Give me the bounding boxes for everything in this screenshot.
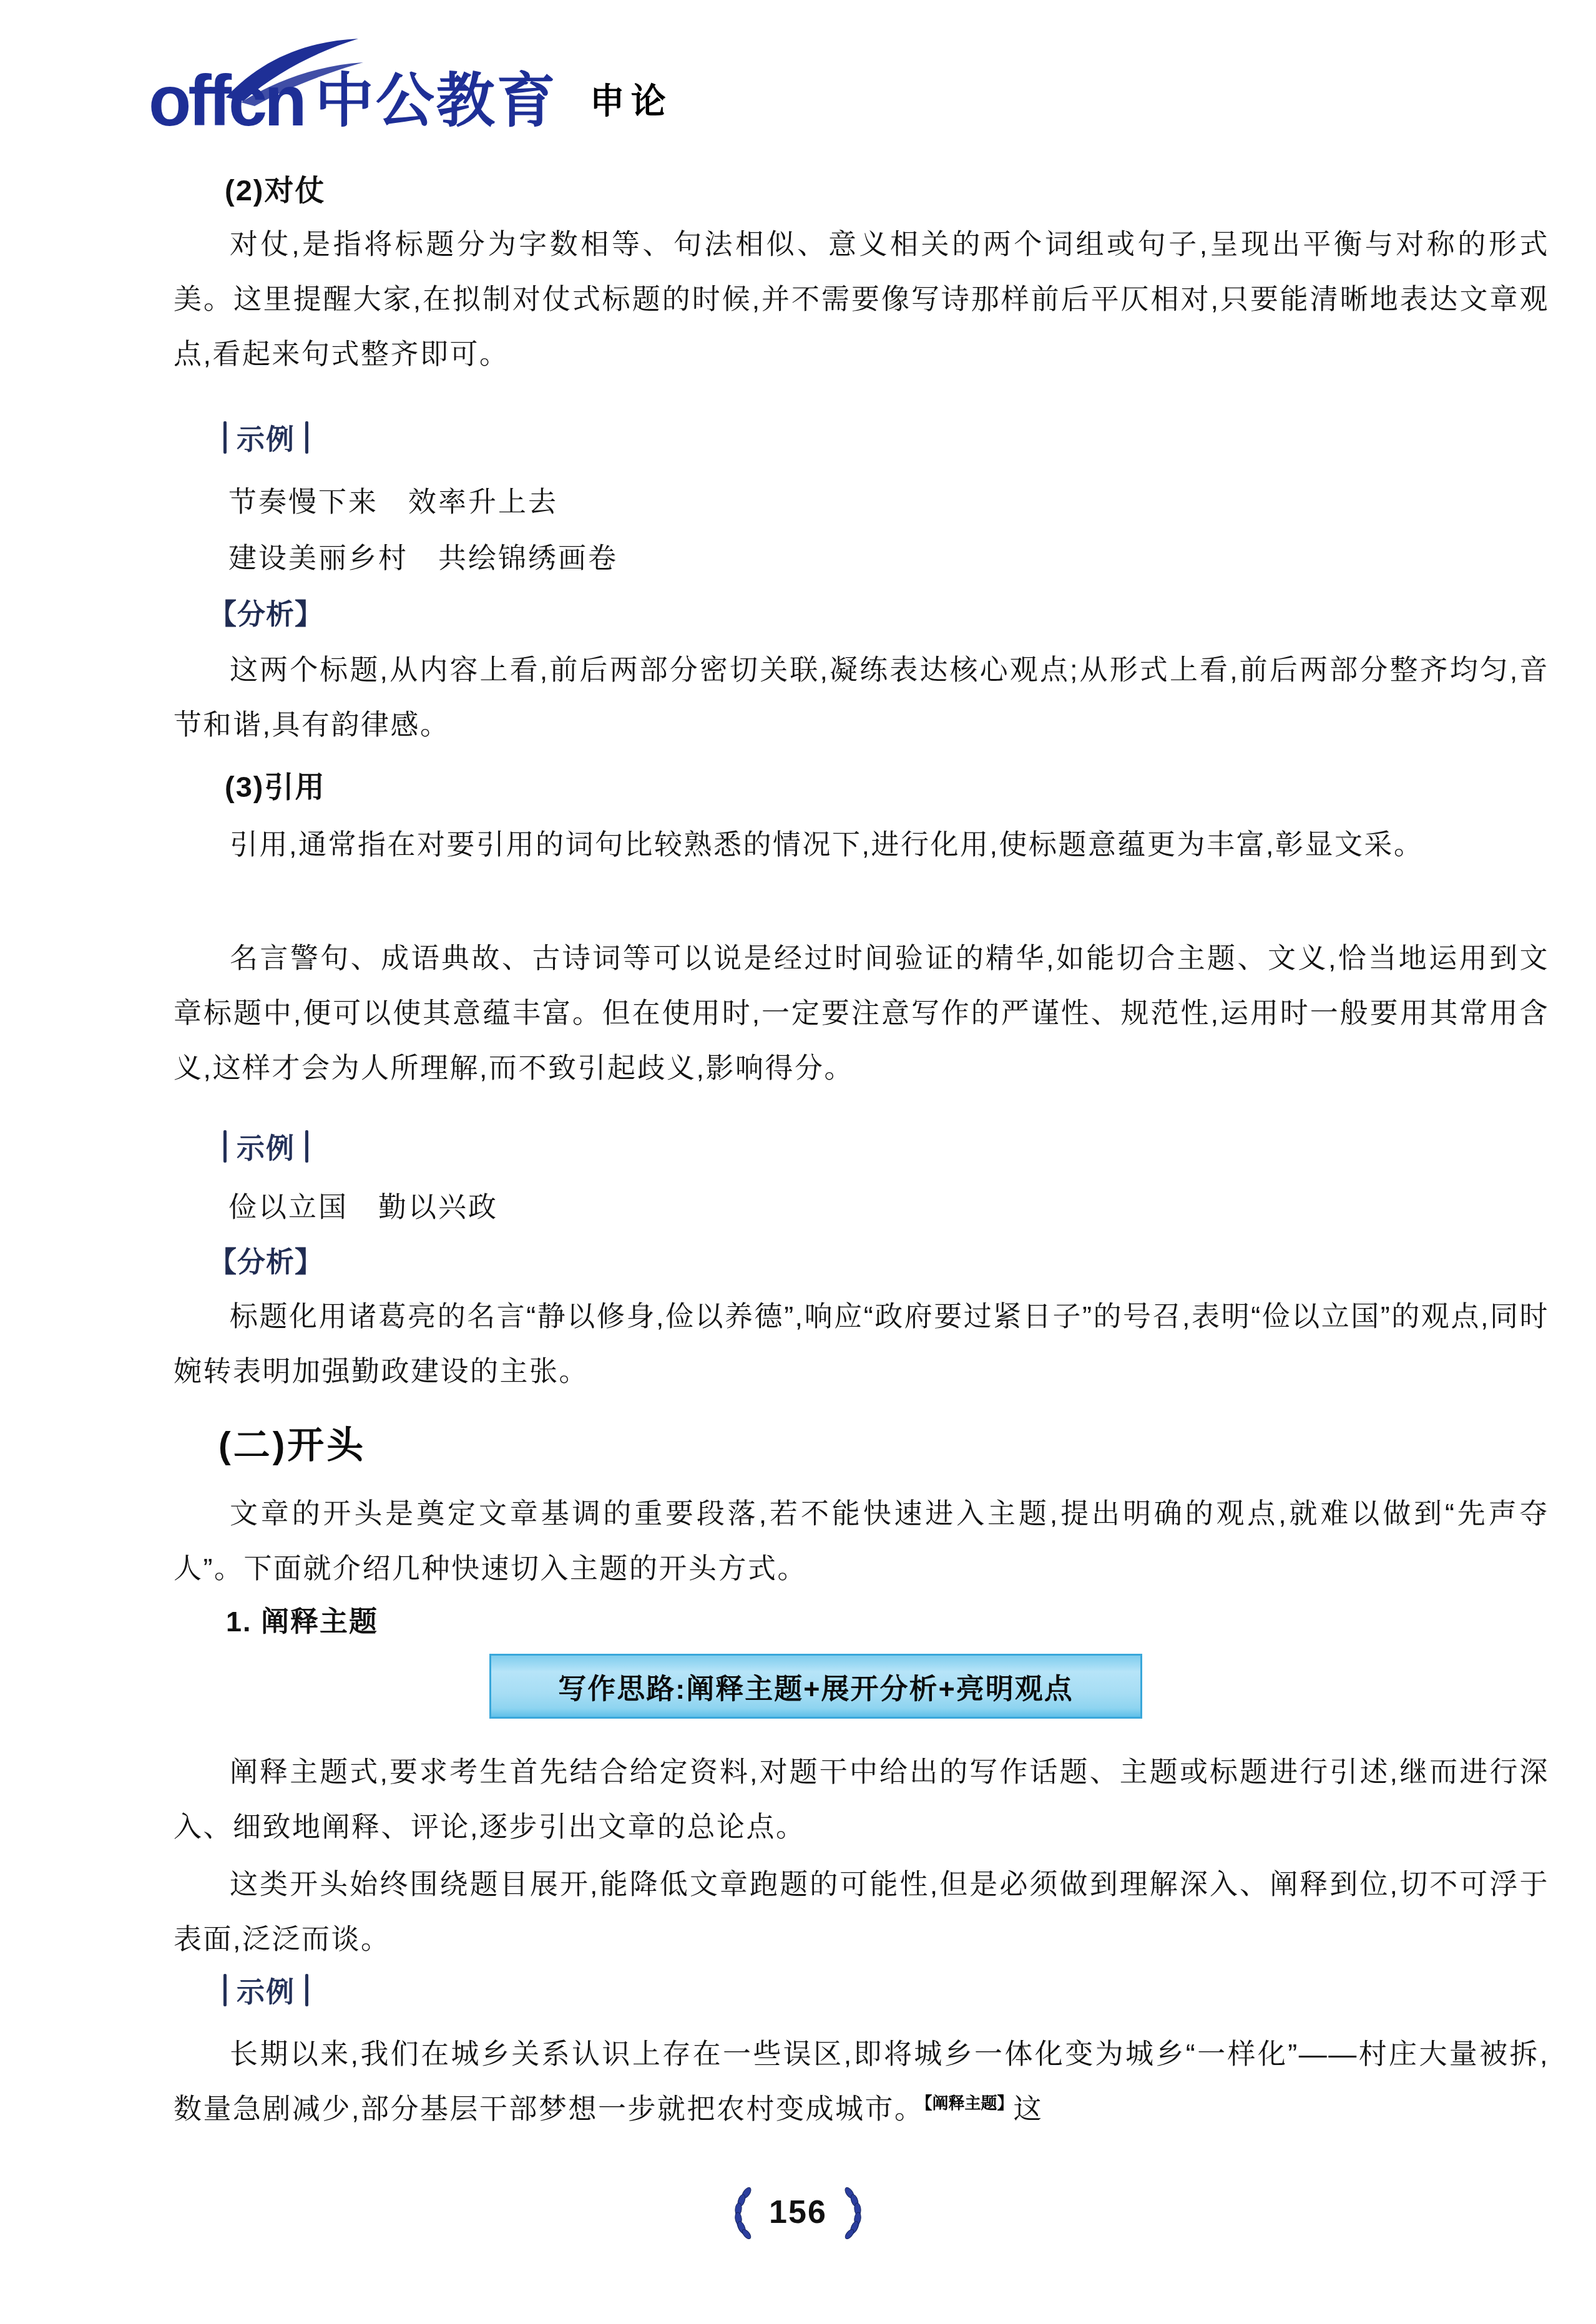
heading-yinyong: (3)引用 (225, 764, 325, 806)
analysis-marker-1: 【分析】 (208, 592, 323, 632)
example-marker-1: 示例 (223, 417, 308, 457)
para-yinyong-1: 引用,通常指在对要引用的词句比较熟悉的情况下,进行化用,使标题意蕴更为丰富,彰显… (174, 818, 1549, 872)
example-marker-label: 示例 (237, 1970, 295, 2010)
para-chanshi-2: 这类开头始终围绕题目展开,能降低文章跑题的可能性,但是必须做到理解深入、阐释到位… (174, 1857, 1549, 1967)
subject-label: 申论 (590, 84, 672, 119)
para-chanshi-1: 阐释主题式,要求考生首先结合给定资料,对题干中给出的写作话题、主题或标题进行引述… (174, 1745, 1549, 1855)
example-opening-tail: 这 (1014, 2093, 1044, 2125)
book-page: offcn 中公教育 申论 (2)对仗 对仗,是指将标题分为字数相等、句法相似、… (0, 0, 1596, 2324)
marker-bar-icon (223, 1974, 227, 2006)
marker-bar-icon (305, 421, 308, 454)
marker-bar-icon (305, 1130, 308, 1163)
laurel-left-icon (728, 2185, 753, 2239)
swoosh-icon (222, 37, 409, 106)
example-title-line: 俭以立国 勤以兴政 (228, 1184, 498, 1225)
para-yinyong-2: 名言警句、成语典故、古诗词等可以说是经过时间验证的精华,如能切合主题、文义,恰当… (174, 931, 1549, 1096)
analysis-marker-2: 【分析】 (208, 1239, 323, 1280)
marker-bar-icon (223, 421, 227, 454)
heading-chanshi-zhuti: 1. 阐释主题 (226, 1599, 378, 1639)
example-marker-label: 示例 (237, 417, 295, 457)
example-marker-3: 示例 (223, 1970, 308, 2010)
para-kaitou: 文章的开头是奠定文章基调的重要段落,若不能快速进入主题,提出明确的观点,就难以做… (174, 1487, 1549, 1596)
brand-logo: offcn 中公教育 申论 (149, 57, 672, 145)
marker-bar-icon (305, 1974, 308, 2006)
annotation-tag: 【阐释主题】 (924, 2094, 1014, 2112)
example-title-line: 节奏慢下来 效率升上去 (228, 479, 558, 520)
example-marker-2: 示例 (223, 1126, 308, 1166)
offcn-wordmark: offcn (149, 66, 304, 136)
example-opening-para: 长期以来,我们在城乡关系认识上存在一些误区,即将城乡一体化变为城乡“一样化”——… (174, 2027, 1549, 2137)
heading-kaitou: (二)开头 (218, 1415, 366, 1468)
page-footer: 156 (0, 2185, 1596, 2239)
example-title-line: 建设美丽乡村 共绘锦绣画卷 (228, 535, 618, 576)
example-marker-label: 示例 (237, 1126, 295, 1166)
analysis-para-2: 标题化用诸葛亮的名言“静以修身,俭以养德”,响应“政府要过紧日子”的号召,表明“… (174, 1289, 1549, 1399)
page-number: 156 (769, 2194, 827, 2231)
para-duizhang: 对仗,是指将标题分为字数相等、句法相似、意义相关的两个词组或句子,呈现出平衡与对… (174, 217, 1549, 382)
example-opening-text: 长期以来,我们在城乡关系认识上存在一些误区,即将城乡一体化变为城乡“一样化”——… (174, 2038, 1549, 2125)
analysis-para-1: 这两个标题,从内容上看,前后两部分密切关联,凝练表达核心观点;从形式上看,前后两… (174, 643, 1549, 753)
heading-duizhang: (2)对仗 (225, 167, 325, 209)
laurel-right-icon (843, 2185, 868, 2239)
writing-approach-box: 写作思路:阐释主题+展开分析+亮明观点 (489, 1654, 1142, 1719)
marker-bar-icon (223, 1130, 227, 1163)
